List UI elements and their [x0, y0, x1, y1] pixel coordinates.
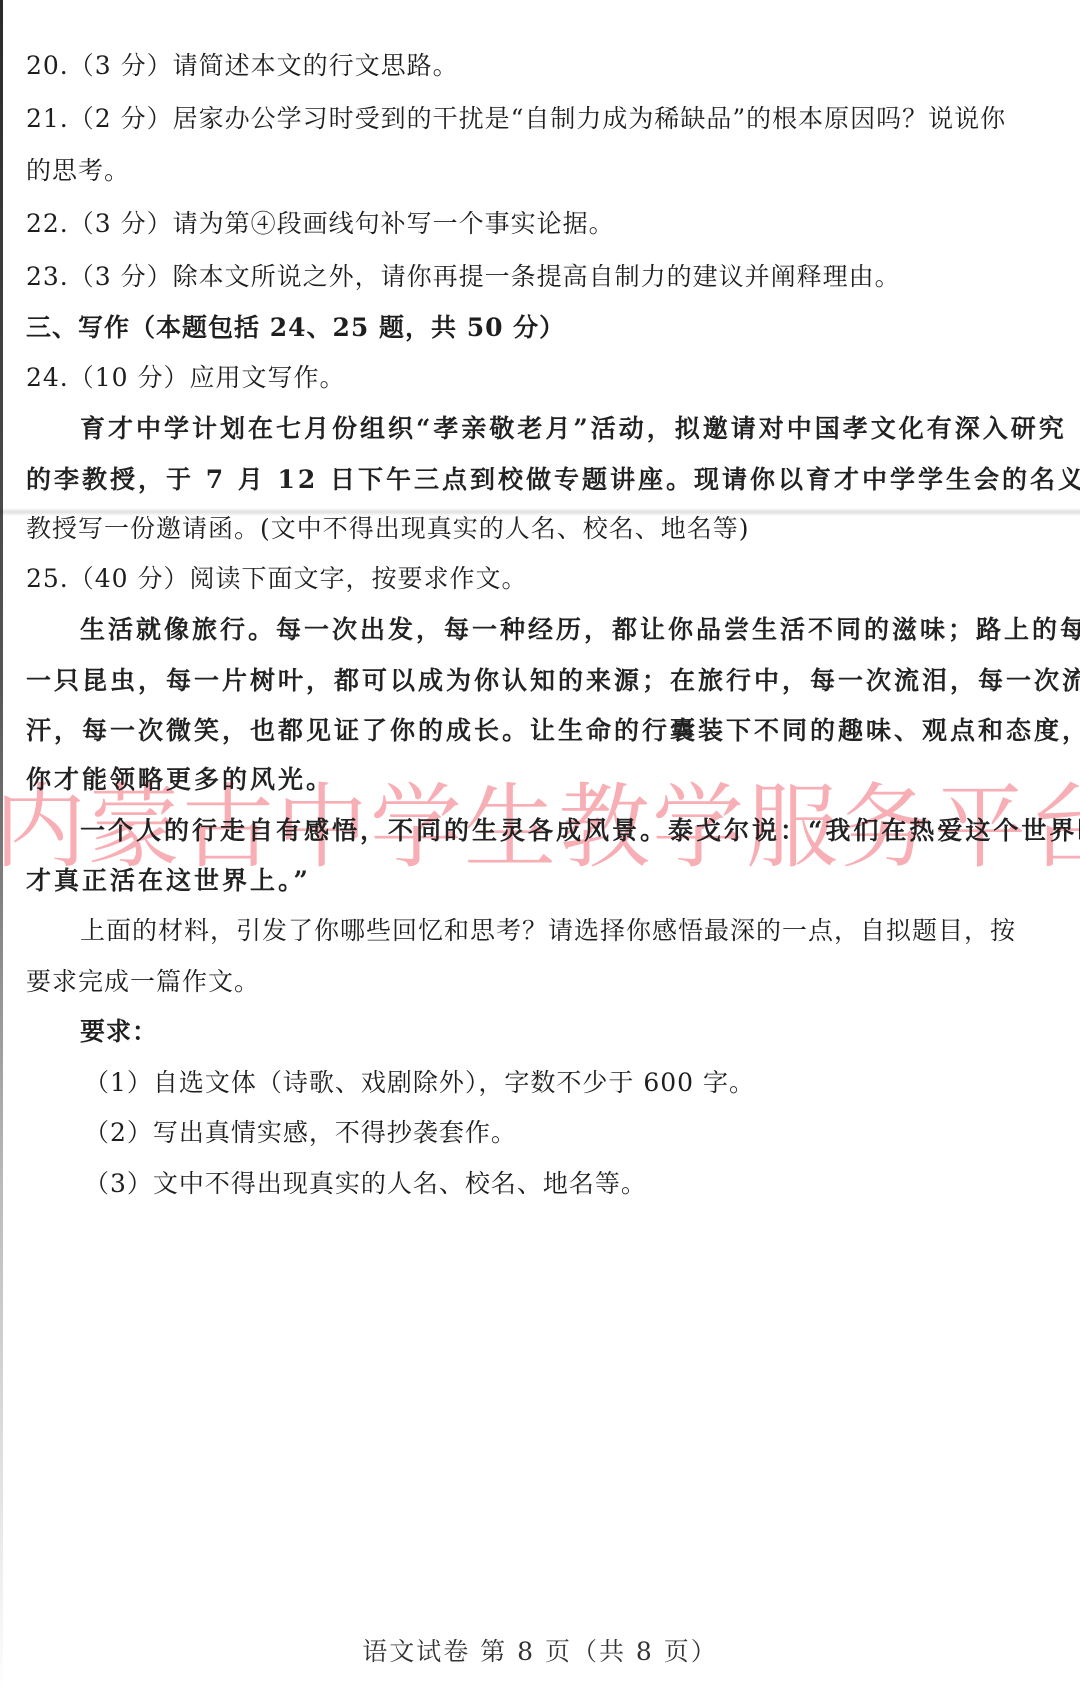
- prompt-line-1: 上面的材料，引发了你哪些回忆和思考？请选择你感悟最深的一点，自拟题目，按: [80, 915, 1016, 947]
- scan-edge: [0, 0, 3, 1696]
- material-line-4: 你才能领略更多的风光。: [26, 764, 334, 796]
- question-24-title: 24.（10 分）应用文写作。: [26, 362, 346, 394]
- requirement-3: （3）文中不得出现真实的人名、校名、地名等。: [84, 1168, 647, 1200]
- question-24-line-2: 的李教授，于 7 月 12 日下午三点到校做专题讲座。现请你以育才中学学生会的名…: [26, 464, 1080, 496]
- material-line-5: 一个人的行走自有感悟，不同的生灵各成风景。泰戈尔说：“我们在热爱这个世界时，: [80, 815, 1080, 847]
- material-line-1: 生活就像旅行。每一次出发，每一种经历，都让你品尝生活不同的滋味；路上的每: [80, 614, 1080, 646]
- material-line-2: 一只昆虫，每一片树叶，都可以成为你认知的来源；在旅行中，每一次流泪，每一次流: [26, 665, 1080, 697]
- question-24-line-1: 育才中学计划在七月份组织“孝亲敬老月”活动，拟邀请对中国孝文化有深入研究: [80, 413, 1067, 445]
- question-24-line-3: 教授写一份邀请函。(文中不得出现真实的人名、校名、地名等): [26, 513, 750, 545]
- material-line-6: 才真正活在这世界上。”: [26, 865, 311, 897]
- question-25-title: 25.（40 分）阅读下面文字，按要求作文。: [26, 563, 528, 595]
- requirement-1: （1）自选文体（诗歌、戏剧除外），字数不少于 600 字。: [84, 1067, 755, 1099]
- page-footer: 语文试卷 第 8 页（共 8 页）: [0, 1632, 1080, 1668]
- requirement-2: （2）写出真情实感，不得抄袭套作。: [84, 1117, 517, 1149]
- material-line-3: 汗，每一次微笑，也都见证了你的成长。让生命的行囊装下不同的趣味、观点和态度，: [26, 715, 1080, 747]
- question-22: 22.（3 分）请为第④段画线句补写一个事实论据。: [26, 208, 615, 240]
- question-23: 23.（3 分）除本文所说之外，请你再提一条提高自制力的建议并阐释理由。: [26, 261, 901, 293]
- question-20: 20.（3 分）请简述本文的行文思路。: [26, 50, 459, 82]
- question-21-line-2: 的思考。: [26, 155, 130, 187]
- section-heading-writing: 三、写作（本题包括 24、25 题，共 50 分）: [26, 312, 565, 344]
- question-21-line-1: 21.（2 分）居家办公学习时受到的干扰是“自制力成为稀缺品”的根本原因吗？说说…: [26, 103, 1006, 135]
- prompt-line-2: 要求完成一篇作文。: [26, 966, 260, 998]
- requirements-label: 要求：: [80, 1016, 158, 1048]
